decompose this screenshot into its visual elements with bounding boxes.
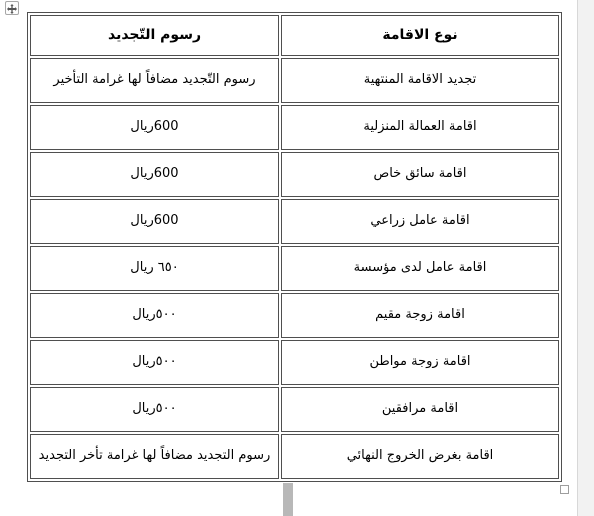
page-edge-strip	[577, 0, 594, 516]
fee-cell[interactable]: 600ريال	[30, 199, 279, 244]
type-cell[interactable]: اقامة العمالة المنزلية	[281, 105, 559, 150]
table-row: اقامة عامل زراعي 600ريال	[30, 199, 559, 244]
fee-cell[interactable]: رسوم التجديد مضافاً لها غرامة تأخر التجد…	[30, 434, 279, 479]
fee-cell[interactable]: 600ريال	[30, 105, 279, 150]
type-cell[interactable]: اقامة عامل زراعي	[281, 199, 559, 244]
type-cell[interactable]: تجديد الاقامة المنتهية	[281, 58, 559, 103]
move-arrows-icon	[7, 0, 17, 18]
table-resize-handle[interactable]	[560, 485, 569, 494]
table-move-handle[interactable]	[5, 1, 19, 15]
type-cell[interactable]: اقامة بغرض الخروج النهائي	[281, 434, 559, 479]
table-row: اقامة بغرض الخروج النهائي رسوم التجديد م…	[30, 434, 559, 479]
table-row: تجديد الاقامة المنتهية رسوم التّجديد مضا…	[30, 58, 559, 103]
table-row: اقامة زوجة مقيم ٥٠٠ريال	[30, 293, 559, 338]
fee-cell[interactable]: ٥٠٠ريال	[30, 340, 279, 385]
table-row: اقامة العمالة المنزلية 600ريال	[30, 105, 559, 150]
type-cell[interactable]: اقامة مرافقين	[281, 387, 559, 432]
type-cell[interactable]: اقامة زوجة مواطن	[281, 340, 559, 385]
table-row: اقامة مرافقين ٥٠٠ريال	[30, 387, 559, 432]
table-row: اقامة عامل لدى مؤسسة ٦٥٠ ريال	[30, 246, 559, 291]
type-cell[interactable]: اقامة سائق خاص	[281, 152, 559, 197]
table-row: اقامة زوجة مواطن ٥٠٠ريال	[30, 340, 559, 385]
fee-cell[interactable]: ٦٥٠ ريال	[30, 246, 279, 291]
table-row: اقامة سائق خاص 600ريال	[30, 152, 559, 197]
type-cell[interactable]: اقامة زوجة مقيم	[281, 293, 559, 338]
document-canvas: نوع الاقامة رسوم التّجديد تجديد الاقامة …	[0, 0, 594, 516]
gray-marker-bar	[283, 483, 293, 516]
table-row: نوع الاقامة رسوم التّجديد	[30, 15, 559, 56]
fees-table: نوع الاقامة رسوم التّجديد تجديد الاقامة …	[27, 12, 562, 482]
fee-cell[interactable]: رسوم التّجديد مضافاً لها غرامة التأخير	[30, 58, 279, 103]
header-cell-renewal-fee: رسوم التّجديد	[30, 15, 279, 56]
fee-cell[interactable]: ٥٠٠ريال	[30, 293, 279, 338]
fee-cell[interactable]: 600ريال	[30, 152, 279, 197]
header-cell-residence-type: نوع الاقامة	[281, 15, 559, 56]
type-cell[interactable]: اقامة عامل لدى مؤسسة	[281, 246, 559, 291]
fee-cell[interactable]: ٥٠٠ريال	[30, 387, 279, 432]
